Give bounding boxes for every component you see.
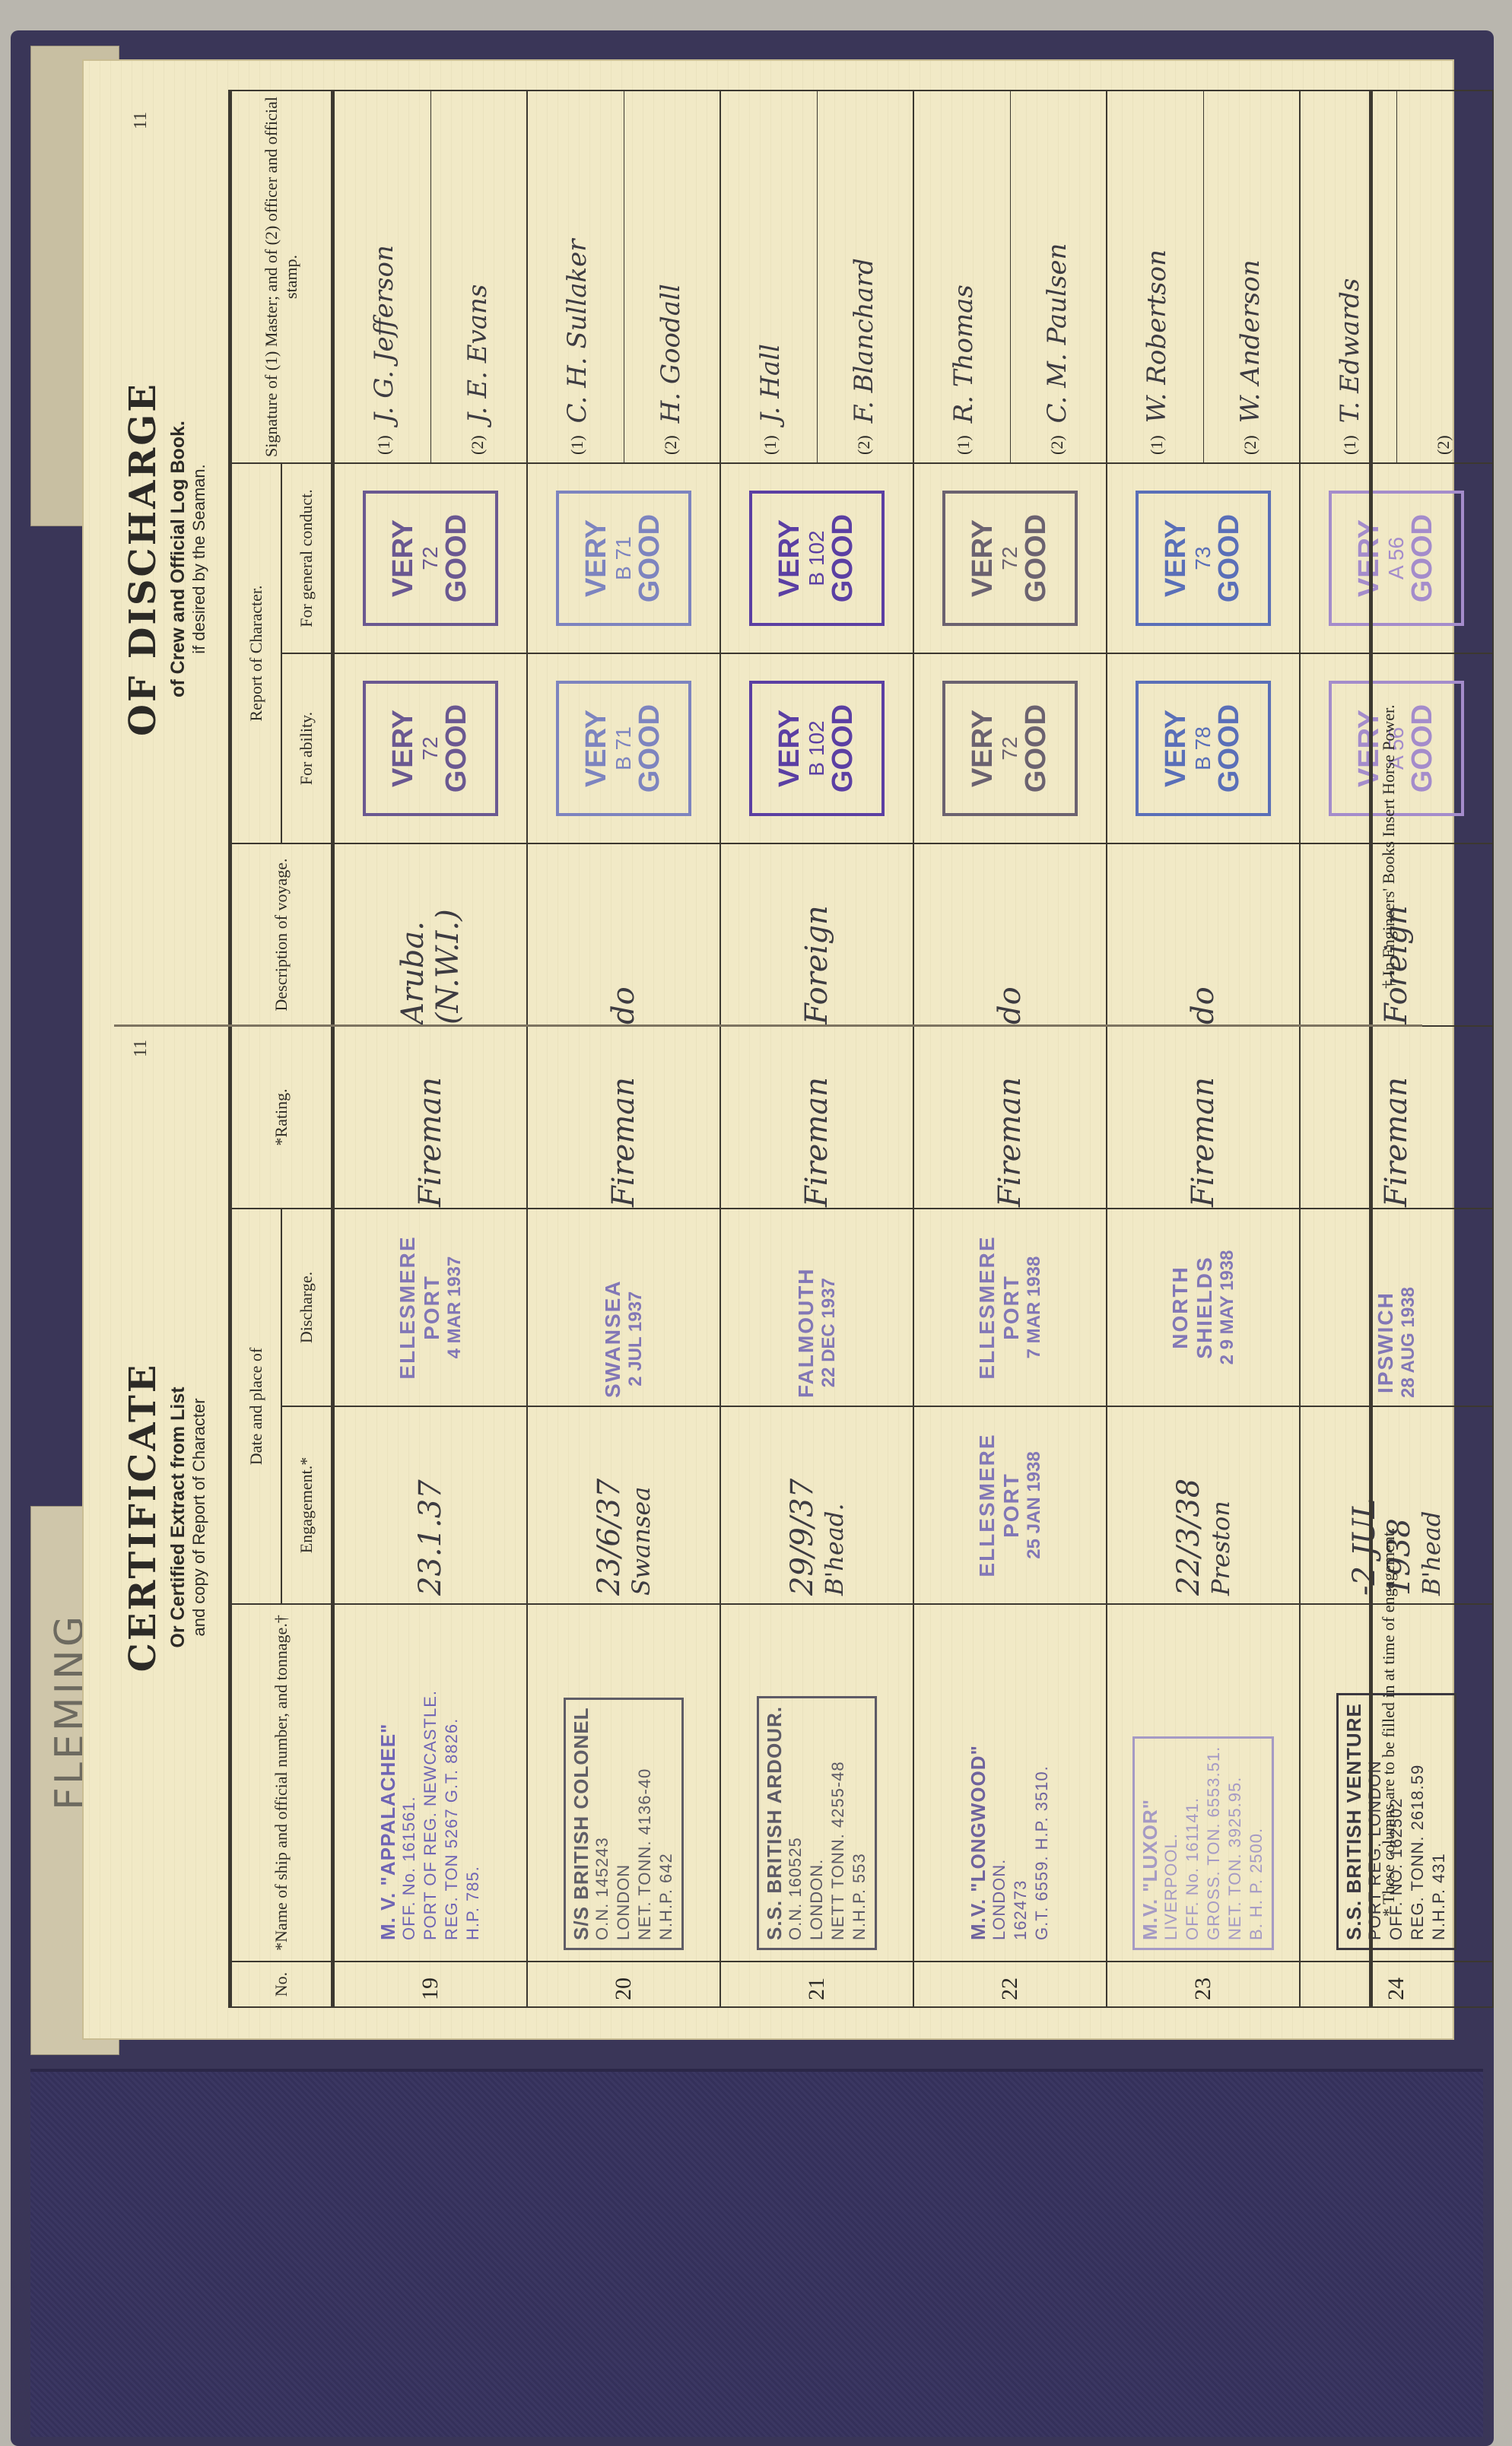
col-header-ship: *Name of ship and official number, and t…	[230, 1604, 333, 1962]
voyage-cell: Aruba. (N.W.I.)	[333, 843, 528, 1026]
ship-detail-line: LONDON.	[989, 1745, 1010, 1940]
ship-details: O.N. 145243LONDONNET. TONN. 4136-40N.H.P…	[592, 1707, 677, 1940]
ship-name: S.S. BRITISH VENTURE	[1343, 1703, 1364, 1940]
ability-cell: VERYB 78GOOD	[1107, 653, 1300, 843]
col-header-ability: For ability.	[281, 653, 333, 843]
col-header-discharge: Discharge.	[281, 1209, 333, 1406]
col-header-voyage: Description of voyage.	[230, 843, 333, 1026]
rating-cell: Fireman	[1107, 1026, 1300, 1209]
discharge-port-stamp: ELLESMERE PORT 7 MAR 1938	[975, 1217, 1045, 1398]
ship-detail-line: OFF. No. 161141.	[1182, 1746, 1203, 1940]
left-page-number: 11	[131, 1040, 151, 1057]
ability-stamp: VERYB 78GOOD	[1136, 681, 1271, 816]
ship-detail-line: GROSS. TON. 6553.51.	[1203, 1746, 1225, 1940]
ship-stamp: M. V. "APPALACHEE" OFF. No. 161561.PORT …	[370, 1680, 491, 1950]
ship-name: M.V. "LONGWOOD"	[967, 1745, 989, 1940]
ship-detail-line: LIVERPOOL.	[1161, 1746, 1182, 1940]
discharge-port-stamp: SWANSEA 2 JUL 1937	[601, 1279, 646, 1398]
discharge-port-stamp: NORTH SHIELDS 2 9 MAY 1938	[1168, 1217, 1238, 1398]
signature-cell: (1)J. G. Jefferson (2)J. E. Evans	[333, 91, 528, 463]
footnote-engagement: * These columns are to be filled in at t…	[1379, 1527, 1399, 1917]
ship-detail-line: N.H.P. 553	[849, 1706, 870, 1940]
entry-number: 23	[1107, 1962, 1300, 2007]
discharge-log-table: No. *Name of ship and official number, a…	[228, 90, 1494, 2008]
ship-name: S.S. BRITISH ARDOUR.	[764, 1706, 785, 1940]
signature-cell: (1)W. Robertson (2)W. Anderson	[1107, 91, 1300, 463]
engagement-place: Preston	[1206, 1415, 1235, 1596]
ship-cell: M.V. "LUXOR" LIVERPOOL.OFF. No. 161141.G…	[1107, 1604, 1300, 1962]
voyage-cell: do	[913, 843, 1107, 1026]
master-signature: (1)W. Robertson	[1110, 91, 1204, 462]
conduct-stamp: VERYB 102GOOD	[749, 491, 885, 626]
ship-stamp: M.V. "LUXOR" LIVERPOOL.OFF. No. 161141.G…	[1132, 1736, 1274, 1950]
master-signature: (1)J. Hall	[724, 91, 818, 462]
engagement-cell: ELLESMERE PORT 25 JAN 1938	[913, 1406, 1107, 1604]
log-body: 19 M. V. "APPALACHEE" OFF. No. 161561.PO…	[333, 91, 1494, 2007]
conduct-cell: VERYB 71GOOD	[527, 463, 720, 653]
voyage-cell: do	[527, 843, 720, 1026]
discharge-port-stamp: FALMOUTH 22 DEC 1937	[794, 1267, 840, 1398]
engagement-place: B'head	[1417, 1415, 1446, 1596]
right-page-number: 11	[131, 112, 151, 129]
ship-detail-line: 162473	[1010, 1745, 1031, 1940]
ship-detail-line: B. H. P. 2500.	[1246, 1746, 1267, 1940]
discharge-page: CERTIFICATE Or Certified Extract from Li…	[84, 61, 1453, 2038]
signature-cell: (1)R. Thomas (2)C. M. Paulsen	[913, 91, 1107, 463]
discharge-cell: ELLESMERE PORT 7 MAR 1938	[913, 1209, 1107, 1406]
engagement-port-stamp: ELLESMERE PORT 25 JAN 1938	[975, 1415, 1045, 1596]
ship-detail-line: REG. TON 5267 G.T. 8826.	[441, 1690, 462, 1940]
discharge-title: OF DISCHARGE	[122, 91, 164, 1027]
master-signature: (1)J. G. Jefferson	[338, 91, 431, 462]
ability-cell: VERYB 102GOOD	[720, 653, 913, 843]
entry-number: 20	[527, 1962, 720, 2007]
col-header-engagement: Engagement.*	[281, 1406, 333, 1604]
certificate-subtitle-2: and copy of Report of Character	[189, 1027, 209, 2008]
ability-stamp: VERYB 102GOOD	[749, 681, 885, 816]
engagement-place: Swansea	[627, 1415, 656, 1596]
engagement-place: B'head.	[820, 1415, 849, 1596]
engagement-cell: 22/3/38 Preston	[1107, 1406, 1300, 1604]
ship-details: LONDON.162473G.T. 6559. H.P. 3510.	[989, 1745, 1053, 1940]
left-title-block: CERTIFICATE Or Certified Extract from Li…	[122, 1027, 209, 2008]
conduct-cell: VERY73GOOD	[1107, 463, 1300, 653]
engagement-date: 29/9/37	[785, 1415, 820, 1596]
ship-name: M. V. "APPALACHEE"	[377, 1690, 399, 1940]
discharge-port-stamp: ELLESMERE PORT 4 MAR 1937	[395, 1217, 465, 1398]
ship-detail-line: OFF. No. 161561.	[399, 1690, 420, 1940]
ship-detail-line: LONDON	[613, 1707, 634, 1940]
ability-cell: VERYB 71GOOD	[527, 653, 720, 843]
col-header-date-place: Date and place of	[230, 1209, 282, 1604]
ship-detail-line: PORT OF REG. NEWCASTLE.	[420, 1690, 441, 1940]
officer-signature: (2)F. Blanchard	[818, 91, 910, 462]
master-signature: (1)C. H. Sullaker	[531, 91, 624, 462]
ship-detail-line: G.T. 6559. H.P. 3510.	[1031, 1745, 1053, 1940]
conduct-stamp: VERY72GOOD	[942, 491, 1078, 626]
officer-signature: (2)H. Goodall	[624, 91, 717, 462]
conduct-cell: VERY72GOOD	[913, 463, 1107, 653]
footnotes: * These columns are to be filled in at t…	[1369, 91, 1418, 2008]
table-row: 19 M. V. "APPALACHEE" OFF. No. 161561.PO…	[333, 91, 528, 2007]
col-header-signature: Signature of (1) Master; and of (2) offi…	[230, 91, 333, 463]
signature-cell: (1)J. Hall (2)F. Blanchard	[720, 91, 913, 463]
entry-number: 19	[333, 1962, 528, 2007]
ship-cell: M.V. "LONGWOOD" LONDON.162473G.T. 6559. …	[913, 1604, 1107, 1962]
rating-cell: Fireman	[720, 1026, 913, 1209]
conduct-stamp: VERYB 71GOOD	[556, 491, 691, 626]
rating-cell: Fireman	[527, 1026, 720, 1209]
officer-signature: (2)C. M. Paulsen	[1011, 91, 1104, 462]
voyage-cell: Foreign	[720, 843, 913, 1026]
ability-stamp: VERY72GOOD	[363, 681, 498, 816]
ship-name: M.V. "LUXOR"	[1139, 1746, 1161, 1940]
ship-cell: M. V. "APPALACHEE" OFF. No. 161561.PORT …	[333, 1604, 528, 1962]
rating-cell: Fireman	[333, 1026, 528, 1209]
ship-details: OFF. No. 161561.PORT OF REG. NEWCASTLE.R…	[399, 1690, 484, 1940]
ability-cell: VERY72GOOD	[913, 653, 1107, 843]
ship-stamp: S.S. BRITISH ARDOUR. O.N. 160525LONDON.N…	[757, 1696, 877, 1950]
engagement-date: 22/3/38	[1171, 1415, 1206, 1596]
conduct-cell: VERYB 102GOOD	[720, 463, 913, 653]
ship-details: LIVERPOOL.OFF. No. 161141.GROSS. TON. 65…	[1161, 1746, 1267, 1940]
officer-signature: (2)W. Anderson	[1204, 91, 1297, 462]
table-row: 20 S/S BRITISH COLONEL O.N. 145243LONDON…	[527, 91, 720, 2007]
ship-stamp: S/S BRITISH COLONEL O.N. 145243LONDONNET…	[564, 1698, 684, 1950]
engagement-date: 23/6/37	[592, 1415, 627, 1596]
book-spine-divider	[114, 1024, 1422, 1027]
col-header-conduct: For general conduct.	[281, 463, 333, 653]
book-cover-flap	[30, 2069, 1483, 2437]
signature-cell: (1)C. H. Sullaker (2)H. Goodall	[527, 91, 720, 463]
rating-cell: Fireman	[913, 1026, 1107, 1209]
ship-detail-line: NET. TONN. 4136-40	[634, 1707, 656, 1940]
ship-detail-line: O.N. 160525	[785, 1706, 806, 1940]
ship-name: S/S BRITISH COLONEL	[570, 1707, 592, 1940]
right-title-block: OF DISCHARGE of Crew and Official Log Bo…	[122, 91, 209, 1027]
table-row: 23 M.V. "LUXOR" LIVERPOOL.OFF. No. 16114…	[1107, 91, 1300, 2007]
ship-detail-line: N.H.P. 431	[1428, 1703, 1450, 1940]
engagement-date: 23.1.37	[413, 1415, 448, 1596]
discharge-subtitle-2: if desired by the Seaman.	[189, 91, 209, 1027]
certificate-title: CERTIFICATE	[122, 1027, 164, 2008]
page-title-row: CERTIFICATE Or Certified Extract from Li…	[114, 91, 228, 2008]
ship-detail-line: NETT TONN. 4255-48	[827, 1706, 849, 1940]
discharge-cell: ELLESMERE PORT 4 MAR 1937	[333, 1209, 528, 1406]
discharge-subtitle: of Crew and Official Log Book.	[167, 91, 189, 1027]
discharge-cell: NORTH SHIELDS 2 9 MAY 1938	[1107, 1209, 1300, 1406]
voyage-cell: do	[1107, 843, 1300, 1026]
ship-cell: S/S BRITISH COLONEL O.N. 145243LONDONNET…	[527, 1604, 720, 1962]
table-row: 21 S.S. BRITISH ARDOUR. O.N. 160525LONDO…	[720, 91, 913, 2007]
ability-stamp: VERYB 71GOOD	[556, 681, 691, 816]
master-signature: (1)R. Thomas	[917, 91, 1011, 462]
engagement-cell: 23/6/37 Swansea	[527, 1406, 720, 1604]
table-row: 22 M.V. "LONGWOOD" LONDON.162473G.T. 655…	[913, 91, 1107, 2007]
footnote-horsepower: † In Engineers' Books Insert Horse Power…	[1379, 704, 1399, 989]
certificate-subtitle: Or Certified Extract from List	[167, 1027, 189, 2008]
conduct-stamp: VERY73GOOD	[1136, 491, 1271, 626]
officer-signature: (2)J. E. Evans	[431, 91, 524, 462]
engagement-cell: 29/9/37 B'head.	[720, 1406, 913, 1604]
conduct-cell: VERY72GOOD	[333, 463, 528, 653]
ship-cell: S.S. BRITISH ARDOUR. O.N. 160525LONDON.N…	[720, 1604, 913, 1962]
entry-number: 21	[720, 1962, 913, 2007]
ability-stamp: VERY72GOOD	[942, 681, 1078, 816]
discharge-cell: SWANSEA 2 JUL 1937	[527, 1209, 720, 1406]
ability-cell: VERY72GOOD	[333, 653, 528, 843]
entry-number: 22	[913, 1962, 1107, 2007]
col-header-no: No.	[230, 1962, 333, 2007]
ship-detail-line: NET. TON. 3925.95.	[1225, 1746, 1246, 1940]
col-header-character: Report of Character.	[230, 463, 282, 843]
conduct-stamp: VERY72GOOD	[363, 491, 498, 626]
ship-detail-line: O.N. 145243	[592, 1707, 613, 1940]
ship-detail-line: H.P. 785.	[462, 1690, 484, 1940]
ship-details: O.N. 160525LONDON.NETT TONN. 4255-48N.H.…	[785, 1706, 870, 1940]
ship-stamp: M.V. "LONGWOOD" LONDON.162473G.T. 6559. …	[961, 1735, 1059, 1950]
ship-detail-line: N.H.P. 642	[656, 1707, 677, 1940]
ship-detail-line: LONDON.	[806, 1706, 827, 1940]
discharge-cell: FALMOUTH 22 DEC 1937	[720, 1209, 913, 1406]
col-header-rating: *Rating.	[230, 1026, 333, 1209]
engagement-cell: 23.1.37	[333, 1406, 528, 1604]
